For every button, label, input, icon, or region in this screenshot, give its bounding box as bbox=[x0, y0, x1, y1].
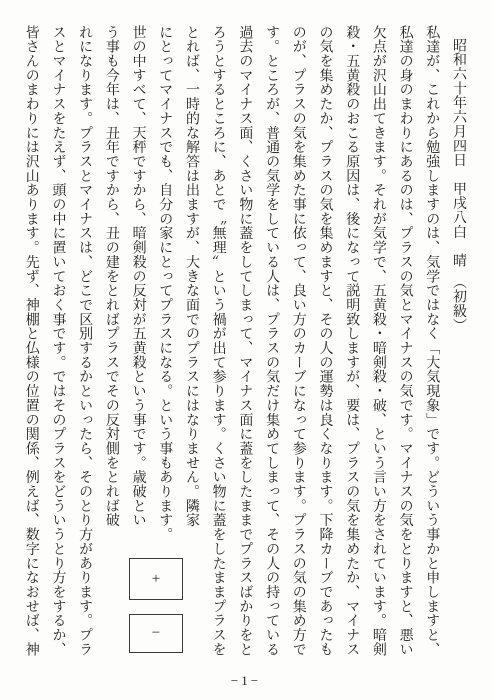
page-number: −1− bbox=[0, 673, 492, 689]
plus-box: + bbox=[129, 558, 183, 600]
vertical-text-block: 昭和六十年六月四日 甲戌八白 晴 （初級） 私達が、これから勉強しますのは、気学… bbox=[17, 25, 471, 667]
text-column: す。ところが、普通の気学をしている人は、プラスの気だけ集めてしまって、その人の持… bbox=[257, 25, 284, 667]
text-column: う事も今年は、丑年ですから、丑の建をとればプラスでその反対側をとれば破 bbox=[97, 25, 124, 667]
text-column: 私達の身のまわりにあるのは、プラスの気とマイナスの気です。マイナスの気をとります… bbox=[391, 25, 418, 667]
text-column: 過去のマイナス面、くさい物に蓋をしてしまって、マイナス面に蓋をしたままでプラスば… bbox=[231, 25, 258, 667]
text-column: 私達が、これから勉強しますのは、気学ではなく「大気現象」です。どういう事かと申し… bbox=[418, 25, 445, 667]
text-column: の気を集めたか、プラスの気を集めますと、その人の運勢は良くなります。下降カーブで… bbox=[311, 25, 338, 667]
plus-minus-figure: + − bbox=[129, 558, 183, 653]
text-column: 欠点が沢山出てきます。それが気学で、五黄殺・暗剣殺・破、という言い方をされていま… bbox=[364, 25, 391, 667]
minus-box: − bbox=[129, 614, 183, 653]
date-header: 昭和六十年六月四日 甲戌八白 晴 （初級） bbox=[444, 25, 471, 667]
document-page: 昭和六十年六月四日 甲戌八白 晴 （初級） 私達が、これから勉強しますのは、気学… bbox=[0, 0, 492, 700]
text-column: ろうとするところに、あとで〝無理〟という禍が出て参ります。くさい物に蓋をしたまま… bbox=[204, 25, 231, 667]
text-column: のが、プラスの気を集めた事に依って、良い方のカーブになって参ります。プラスの気の… bbox=[284, 25, 311, 667]
text-column: 皆さんのまわりには沢山あります。先ず、神棚と仏様の位置の関係、例えば、数字になお… bbox=[17, 25, 44, 667]
text-column: れになります。プラスとマイナスは、どこで区別するかといったら、そのとり方がありま… bbox=[70, 25, 97, 667]
text-column: 殺・五黄殺のおこる原因は、後になって説明致しますが、要は、プラスの気を集めたか、… bbox=[337, 25, 364, 667]
text-column: スとマイナスをたえず、頭の中に置いておく事です。ではそのプラスをどういうとり方を… bbox=[44, 25, 71, 667]
